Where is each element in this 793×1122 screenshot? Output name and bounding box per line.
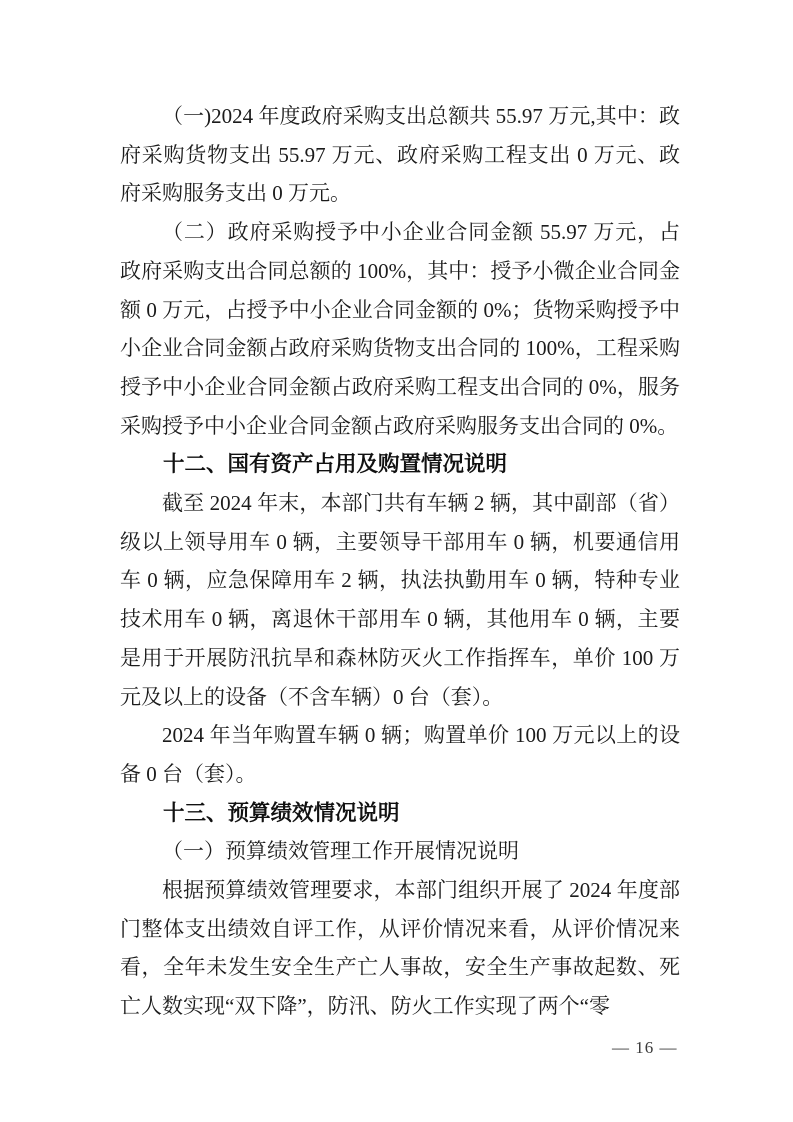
sub-heading-performance-management: （一）预算绩效管理工作开展情况说明 (120, 832, 680, 871)
section-heading-budget-performance: 十三、预算绩效情况说明 (120, 794, 680, 833)
document-page: （一)2024 年度政府采购支出总额共 55.97 万元,其中：政府采购货物支出… (0, 0, 793, 1122)
paragraph-vehicle-assets: 截至 2024 年末，本部门共有车辆 2 辆，其中副部（省）级以上领导用车 0 … (120, 484, 680, 716)
paragraph-current-year-purchases: 2024 年当年购置车辆 0 辆；购置单价 100 万元以上的设备 0 台（套）… (120, 716, 680, 793)
document-body: （一)2024 年度政府采购支出总额共 55.97 万元,其中：政府采购货物支出… (120, 97, 680, 1026)
paragraph-procurement-total: （一)2024 年度政府采购支出总额共 55.97 万元,其中：政府采购货物支出… (120, 97, 680, 213)
section-heading-state-assets: 十二、国有资产占用及购置情况说明 (120, 445, 680, 484)
paragraph-procurement-sme-contracts: （二）政府采购授予中小企业合同金额 55.97 万元，占政府采购支出合同总额的 … (120, 213, 680, 445)
page-number: — 16 — (612, 1036, 682, 1060)
paragraph-performance-self-evaluation: 根据预算绩效管理要求，本部门组织开展了 2024 年度部门整体支出绩效自评工作，… (120, 871, 680, 1026)
